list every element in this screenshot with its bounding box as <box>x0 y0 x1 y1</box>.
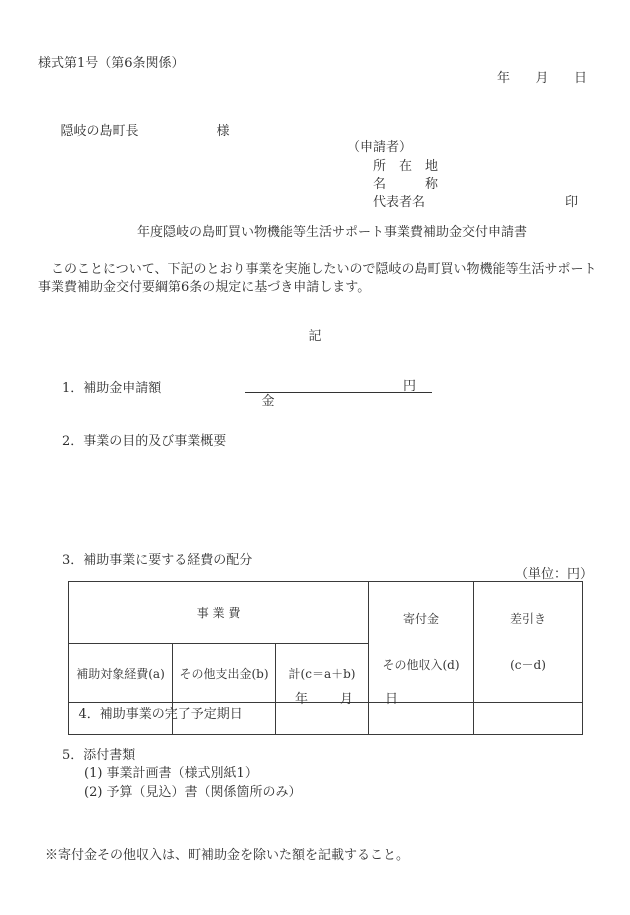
table-header-donation-other-income: 寄付金 その他収入(d) <box>369 582 474 703</box>
date-year-label: 年 <box>497 67 510 86</box>
attachment-item-2: (2) 予算（見込）書（関係箇所のみ） <box>84 781 302 800</box>
date-month-label: 月 <box>535 67 548 86</box>
document-title: 年度隠岐の島町買い物機能等生活サポート事業費補助金交付申請書 <box>137 221 527 240</box>
attachment-item-1: (1) 事業計画書（様式別紙1） <box>84 762 258 781</box>
applicant-name-label: 名 称 <box>373 173 438 192</box>
body-paragraph-line1: このことについて、下記のとおり事業を実施したいので隠岐の島町買い物機能等生活サポ… <box>38 258 596 277</box>
record-marker: 記 <box>0 325 630 344</box>
applicant-representative-label: 代表者名 <box>373 191 425 210</box>
item4-label: 4．補助事業の完了予定期日 <box>79 707 243 722</box>
item1-label: 1．補助金申請額 <box>62 377 161 396</box>
item4-month-label: 月 <box>340 688 353 707</box>
form-code: 様式第1号（第6条関係） <box>38 52 185 71</box>
currency-suffix: 円 <box>403 375 416 394</box>
donation-header-line2: その他収入(d) <box>369 656 473 674</box>
applicant-address-label: 所 在 地 <box>373 155 438 174</box>
currency-prefix: 金 <box>262 394 275 409</box>
date-day-label: 日 <box>574 67 587 86</box>
item3-label: 3．補助事業に要する経費の配分 <box>62 549 252 568</box>
item5-label: 5．添付書類 <box>62 744 135 763</box>
footnote: ※寄付金その他収入は、町補助金を除いた額を記載すること。 <box>45 844 409 863</box>
addressee-honorific: 様 <box>217 124 230 139</box>
balance-header-line1: 差引き <box>474 610 582 628</box>
date-line: 年 月 日 <box>497 67 587 86</box>
table-group-header-project-cost: 事 業 費 <box>69 582 369 644</box>
addressee-title: 隠岐の島町長 <box>61 124 139 139</box>
expense-cell-balance[interactable] <box>474 703 583 735</box>
table-header-balance: 差引き (c－d) <box>474 582 583 703</box>
amount-blank-field[interactable]: 金 円 <box>245 375 432 393</box>
item4-year-label: 年 <box>295 688 308 707</box>
unit-note: （単位：円） <box>400 563 593 582</box>
addressee-line: 隠岐の島町長様 <box>44 105 230 154</box>
balance-header-line2: (c－d) <box>474 656 582 674</box>
item4-day-label: 日 <box>385 688 398 707</box>
application-form-page: 様式第1号（第6条関係） 年 月 日 隠岐の島町長様 （申請者） 所 在 地 名… <box>0 0 630 915</box>
donation-header-line1: 寄付金 <box>369 610 473 628</box>
applicant-heading: （申請者） <box>347 136 412 155</box>
body-paragraph-line2: 事業費補助金交付要綱第6条の規定に基づき申請します。 <box>38 276 370 295</box>
item2-label: 2．事業の目的及び事業概要 <box>62 430 226 449</box>
seal-label: 印 <box>565 191 578 210</box>
